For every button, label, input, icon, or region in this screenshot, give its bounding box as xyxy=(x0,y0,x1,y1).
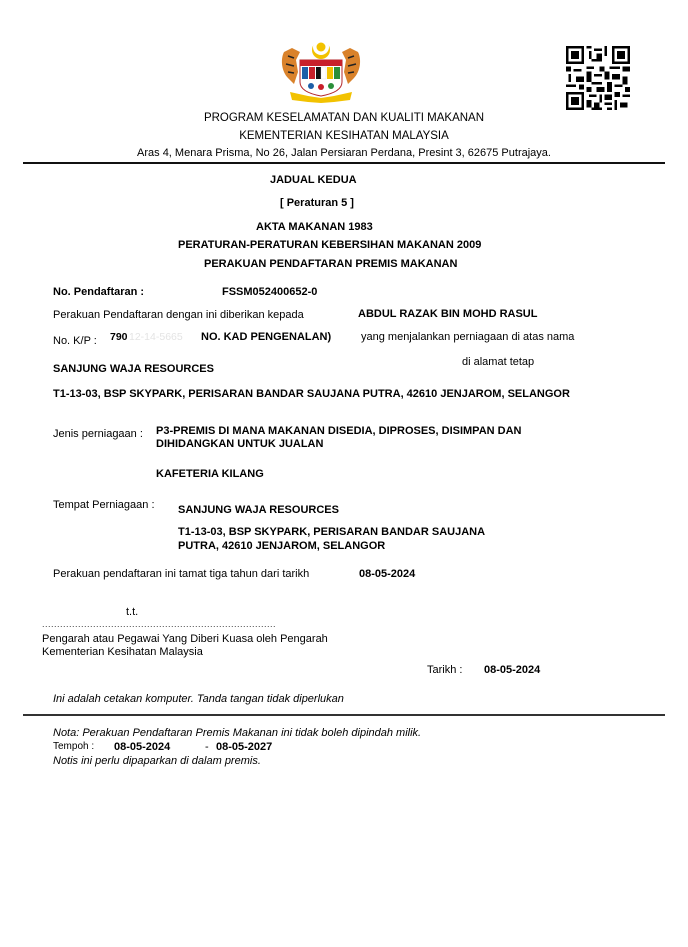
business-category: KAFETERIA KILANG xyxy=(156,468,264,480)
signature-line: ........................................… xyxy=(42,619,276,629)
business-type-line1: P3-PREMIS DI MANA MAKANAN DISEDIA, DIPRO… xyxy=(156,425,521,437)
registration-number: FSSM052400652-0 xyxy=(222,286,317,298)
signatory-title-line2: Kementerian Kesihatan Malaysia xyxy=(42,646,203,658)
expiry-date: 08-05-2024 xyxy=(359,568,415,580)
kp-label: No. K/P : xyxy=(53,335,97,347)
ministry-name: KEMENTERIAN KESIHATAN MALAYSIA xyxy=(0,130,688,142)
holder-name: ABDUL RAZAK BIN MOHD RASUL xyxy=(358,308,537,320)
business-type-label: Jenis perniagaan : xyxy=(53,428,143,440)
regulation-ref: [ Peraturan 5 ] xyxy=(280,197,354,209)
registration-label: No. Pendaftaran : xyxy=(53,286,144,298)
premises-name: SANJUNG WAJA RESOURCES xyxy=(178,504,339,516)
signature-tt: t.t. xyxy=(126,606,138,618)
certificate-title: PERAKUAN PENDAFTARAN PREMIS MAKANAN xyxy=(204,258,457,270)
computer-generated-note: Ini adalah cetakan komputer. Tanda tanga… xyxy=(53,693,344,705)
period-end: 08-05-2027 xyxy=(216,741,272,753)
kp-number-redacted: 12-14-5665 xyxy=(129,331,183,343)
business-address: T1-13-03, BSP SKYPARK, PERISARAN BANDAR … xyxy=(53,388,570,400)
transfer-note: Nota: Perakuan Pendaftaran Premis Makana… xyxy=(53,727,421,739)
premises-label: Tempat Perniagaan : xyxy=(53,499,155,511)
act-title: AKTA MAKANAN 1983 xyxy=(256,221,373,233)
schedule-title: JADUAL KEDUA xyxy=(270,174,357,186)
signature-date-label: Tarikh : xyxy=(427,664,462,676)
period-separator: - xyxy=(205,741,209,753)
agency-name: PROGRAM KESELAMATAN DAN KUALITI MAKANAN xyxy=(0,112,688,124)
header-divider xyxy=(23,162,665,164)
display-notice: Notis ini perlu dipaparkan di dalam prem… xyxy=(53,755,261,767)
period-label: Tempoh : xyxy=(53,741,94,752)
premises-address-line2: PUTRA, 42610 JENJAROM, SELANGOR xyxy=(178,540,385,552)
business-name: SANJUNG WAJA RESOURCES xyxy=(53,363,214,375)
qr-code-icon xyxy=(566,46,630,110)
kp-number: 790 xyxy=(110,331,128,343)
period-start: 08-05-2024 xyxy=(114,741,170,753)
premises-address-line1: T1-13-03, BSP SKYPARK, PERISARAN BANDAR … xyxy=(178,526,485,538)
regulations-title: PERATURAN-PERATURAN KEBERSIHAN MAKANAN 2… xyxy=(178,239,481,251)
signatory-title-line1: Pengarah atau Pegawai Yang Diberi Kuasa … xyxy=(42,633,328,645)
footer-divider xyxy=(23,714,665,716)
expiry-text: Perakuan pendaftaran ini tamat tiga tahu… xyxy=(53,568,309,580)
malaysia-coat-of-arms-icon xyxy=(278,38,364,104)
business-text: yang menjalankan perniagaan di atas nama xyxy=(361,331,574,343)
business-type-line2: DIHIDANGKAN UNTUK JUALAN xyxy=(156,438,323,450)
address-text: di alamat tetap xyxy=(462,356,534,368)
grant-text: Perakuan Pendaftaran dengan ini diberika… xyxy=(53,309,304,321)
signature-date: 08-05-2024 xyxy=(484,664,540,676)
kp-suffix: NO. KAD PENGENALAN) xyxy=(201,331,331,343)
agency-address: Aras 4, Menara Prisma, No 26, Jalan Pers… xyxy=(0,147,688,159)
